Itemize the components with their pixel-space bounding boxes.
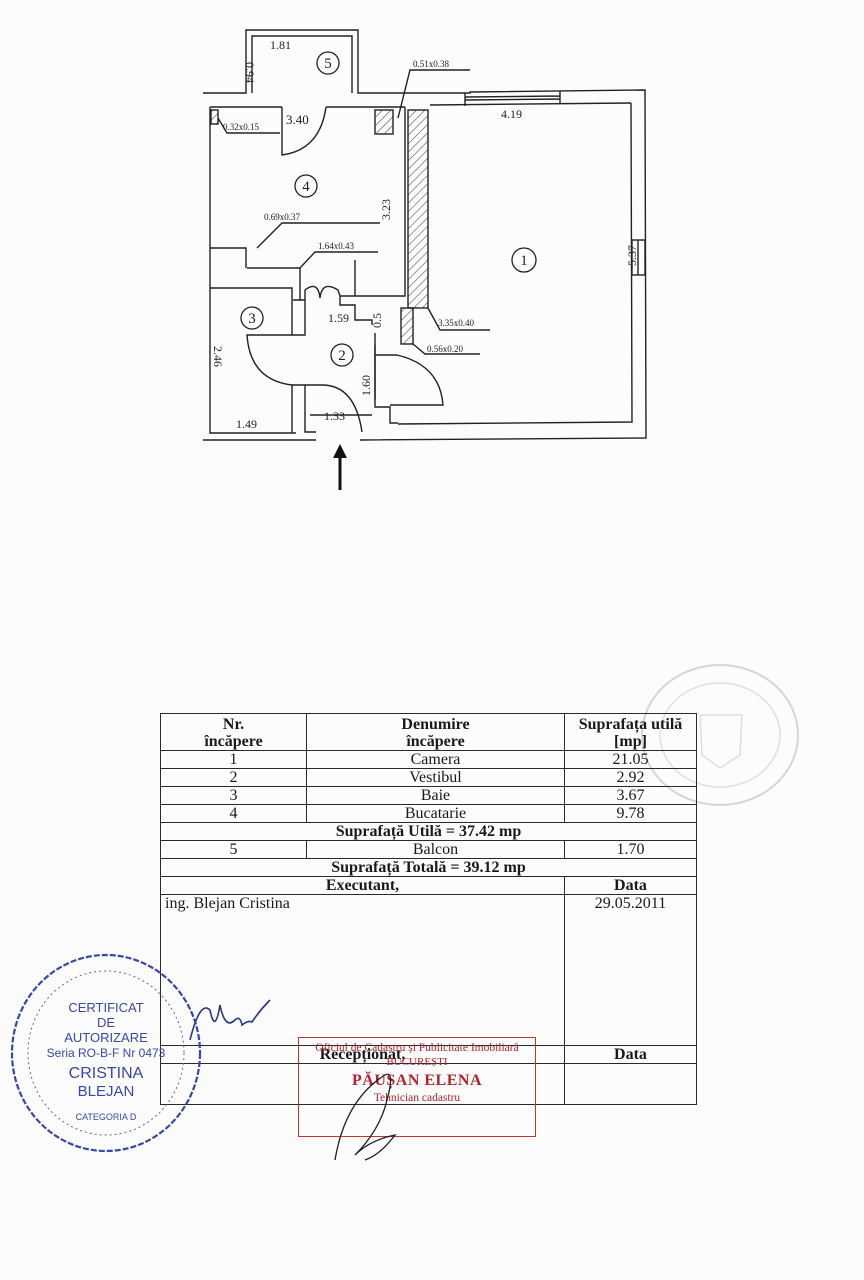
room-2-number: 2 xyxy=(338,348,346,364)
received-date-label: Data xyxy=(565,1046,697,1064)
floor-plan-drawing: 1 2 3 4 5 1.81 0.94 3.40 3.23 4.19 5.37 … xyxy=(0,0,864,500)
seal-bottom: CATEGORIA D xyxy=(6,1110,206,1125)
dim-balcony-width: 1.81 xyxy=(270,38,291,52)
row-name: Bucatarie xyxy=(307,805,565,823)
executant-header-row: Executant, Data xyxy=(161,877,697,895)
table-row: 3 Baie 3.67 xyxy=(161,787,697,805)
executant-name: ing. Blejan Cristina xyxy=(165,895,290,912)
row-area: 3.67 xyxy=(565,787,697,805)
grand-total-row: Suprafață Totală = 39.12 mp xyxy=(161,859,697,877)
row-area: 21.05 xyxy=(565,751,697,769)
dim-kitchen-depth: 3.23 xyxy=(379,199,393,220)
dim-bath-width: 1.49 xyxy=(236,417,257,431)
callout-pillar-top: 0.51x0.38 xyxy=(413,59,450,69)
dim-room-width: 4.19 xyxy=(501,107,522,121)
table-row: 4 Bucatarie 9.78 xyxy=(161,805,697,823)
header-nr: Nr.încăpere xyxy=(161,714,307,751)
callout-kitchen-niche: 0.69x0.37 xyxy=(264,212,301,222)
header-name: Denumireîncăpere xyxy=(307,714,565,751)
row-nr: 1 xyxy=(161,751,307,769)
room-5-number: 5 xyxy=(324,56,332,72)
dim-kitchen-width: 3.40 xyxy=(286,112,309,127)
callout-wall-short: 0.56x0.20 xyxy=(427,344,464,354)
seal-line-1: CERTIFICAT xyxy=(6,1000,206,1015)
row-area: 2.92 xyxy=(565,769,697,787)
executant-date: 29.05.2011 xyxy=(565,895,697,1046)
room-1-number: 1 xyxy=(520,253,528,269)
row-name: Camera xyxy=(307,751,565,769)
table-header-row: Nr.încăpere Denumireîncăpere Suprafața u… xyxy=(161,714,697,751)
header-area: Suprafața utilă[mp] xyxy=(565,714,697,751)
dim-room-depth: 5.37 xyxy=(625,245,639,266)
row-area: 1.70 xyxy=(565,841,697,859)
dim-entry-width: 1.33 xyxy=(324,409,345,423)
received-date-cell xyxy=(565,1064,697,1105)
row-area: 9.78 xyxy=(565,805,697,823)
dim-hall-niche: 0.5 xyxy=(370,313,384,328)
dim-bath-depth: 2.46 xyxy=(211,346,225,367)
dim-hall-width: 1.59 xyxy=(328,311,349,325)
dim-balcony-depth: 0.94 xyxy=(243,62,257,83)
table-row: 2 Vestibul 2.92 xyxy=(161,769,697,787)
callout-kitchen-step: 1.64x0.43 xyxy=(318,241,355,251)
row-nr: 3 xyxy=(161,787,307,805)
row-name: Baie xyxy=(307,787,565,805)
executant-date-label: Data xyxy=(565,877,697,895)
row-nr: 4 xyxy=(161,805,307,823)
stamp-office: Oficiul de Cadastru și Publicitate Imobi… xyxy=(299,1042,535,1054)
seal-line-6: BLEJAN xyxy=(6,1084,206,1099)
useful-total-row: Suprafață Utilă = 37.42 mp xyxy=(161,823,697,841)
row-nr: 5 xyxy=(161,841,307,859)
seal-line-3: AUTORIZARE xyxy=(6,1030,206,1045)
room-3-number: 3 xyxy=(248,311,256,327)
useful-area-total: Suprafață Utilă = 37.42 mp xyxy=(161,823,697,841)
row-name: Balcon xyxy=(307,841,565,859)
seal-line-4: Seria RO-B-F Nr 0473 xyxy=(6,1046,206,1061)
room-4-number: 4 xyxy=(302,179,310,195)
table-row: 1 Camera 21.05 xyxy=(161,751,697,769)
total-area: Suprafață Totală = 39.12 mp xyxy=(161,859,697,877)
receiver-signature-icon xyxy=(325,1060,415,1170)
row-nr: 2 xyxy=(161,769,307,787)
table-row: 5 Balcon 1.70 xyxy=(161,841,697,859)
callout-kitchen-corner: 0.32x0.15 xyxy=(223,122,260,132)
row-name: Vestibul xyxy=(307,769,565,787)
floor-plan: 1 2 3 4 5 1.81 0.94 3.40 3.23 4.19 5.37 … xyxy=(0,0,864,500)
seal-line-5: CRISTINA xyxy=(6,1066,206,1081)
executant-label: Executant, xyxy=(161,877,565,895)
callout-wall-long: 3.35x0.40 xyxy=(438,318,475,328)
authorization-seal: CERTIFICAT DE AUTORIZARE Seria RO-B-F Nr… xyxy=(6,948,206,1158)
seal-line-2: DE xyxy=(6,1015,206,1030)
dim-hall-depth: 1.60 xyxy=(359,375,373,396)
